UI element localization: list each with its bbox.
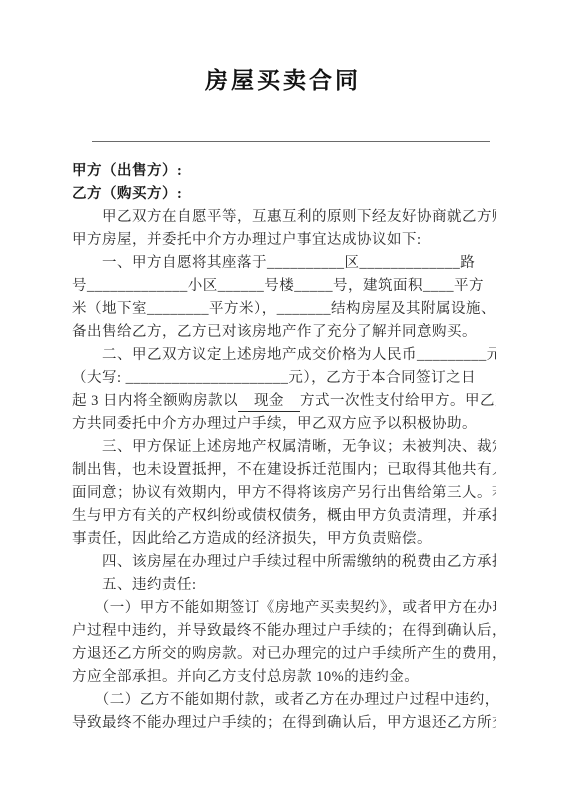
contract-line: 导致最终不能办理过户手续的；在得到确认后，甲方退还乙方所交的 bbox=[72, 712, 496, 735]
payment-method-filled-blank: 现金 bbox=[238, 392, 300, 412]
contract-line: 方应全部承担。并向乙方支付总房款 10%的违约金。 bbox=[72, 666, 496, 689]
contract-line: 方退还乙方所交的购房款。对已办理完的过户手续所产生的费用，甲 bbox=[72, 643, 496, 666]
party-seller-label: 甲方（出售方）: bbox=[72, 160, 496, 183]
party-buyer-label: 乙方（购买方）: bbox=[72, 183, 496, 206]
contract-line: 事责任，因此给乙方造成的经济损失，甲方负责赔偿。 bbox=[72, 528, 496, 551]
contract-line: 号_____________小区______号楼_____号，建筑面积____平… bbox=[72, 275, 496, 298]
contract-line: 方共同委托中介方办理过户手续，甲乙双方应予以积极协助。 bbox=[72, 413, 496, 436]
contract-line: 一、甲方自愿将其座落于__________区_____________路 bbox=[72, 252, 496, 275]
payment-line-suffix: 方式一次性支付给甲方。甲乙双 bbox=[300, 393, 496, 409]
contract-line: 备出售给乙方，乙方已对该房地产作了充分了解并同意购买。 bbox=[72, 321, 496, 344]
contract-line: （大写: _____________________元），乙方于本合同签订之日 bbox=[72, 367, 496, 390]
contract-line: （二）乙方不能如期付款，或者乙方在办理过户过程中违约，并 bbox=[72, 689, 496, 712]
contract-line: 四、该房屋在办理过户手续过程中所需缴纳的税费由乙方承担。 bbox=[72, 551, 496, 574]
page-title: 房屋买卖合同 bbox=[0, 0, 566, 95]
contract-line: 二、甲乙双方议定上述房地产成交价格为人民币_________元 bbox=[72, 344, 496, 367]
contract-line: 生与甲方有关的产权纠纷或债权债务，概由甲方负责清理，并承担民 bbox=[72, 505, 496, 528]
contract-line: 甲乙双方在自愿平等，互惠互利的原则下经友好协商就乙方购买 bbox=[72, 206, 496, 229]
contract-line-payment: 起 3 日内将全额购房款以现金方式一次性支付给甲方。甲乙双 bbox=[72, 390, 496, 413]
divider-line bbox=[92, 141, 490, 142]
payment-line-prefix: 起 3 日内将全额购房款以 bbox=[72, 393, 238, 409]
contract-line: 甲方房屋，并委托中介方办理过户事宜达成协议如下: bbox=[72, 229, 496, 252]
contract-line: 米（地下室________平方米），_______结构房屋及其附属设施、设 bbox=[72, 298, 496, 321]
contract-line: 面同意；协议有效期内，甲方不得将该房产另行出售给第三人。若发 bbox=[72, 482, 496, 505]
contract-page: 房屋买卖合同 甲方（出售方）: 乙方（购买方）: 甲乙双方在自愿平等，互惠互利的… bbox=[0, 0, 566, 800]
contract-line: 三、甲方保证上述房地产权属清晰，无争议；未被判决、裁定限 bbox=[72, 436, 496, 459]
contract-line: 五、违约责任: bbox=[72, 574, 496, 597]
contract-body: 甲方（出售方）: 乙方（购买方）: 甲乙双方在自愿平等，互惠互利的原则下经友好协… bbox=[0, 160, 566, 735]
contract-line: （一）甲方不能如期签订《房地产买卖契约》，或者甲方在办理过 bbox=[72, 597, 496, 620]
contract-line: 制出售，也未设置抵押，不在建设拆迁范围内；已取得其他共有人书 bbox=[72, 459, 496, 482]
contract-line: 户过程中违约，并导致最终不能办理过户手续的；在得到确认后，甲 bbox=[72, 620, 496, 643]
